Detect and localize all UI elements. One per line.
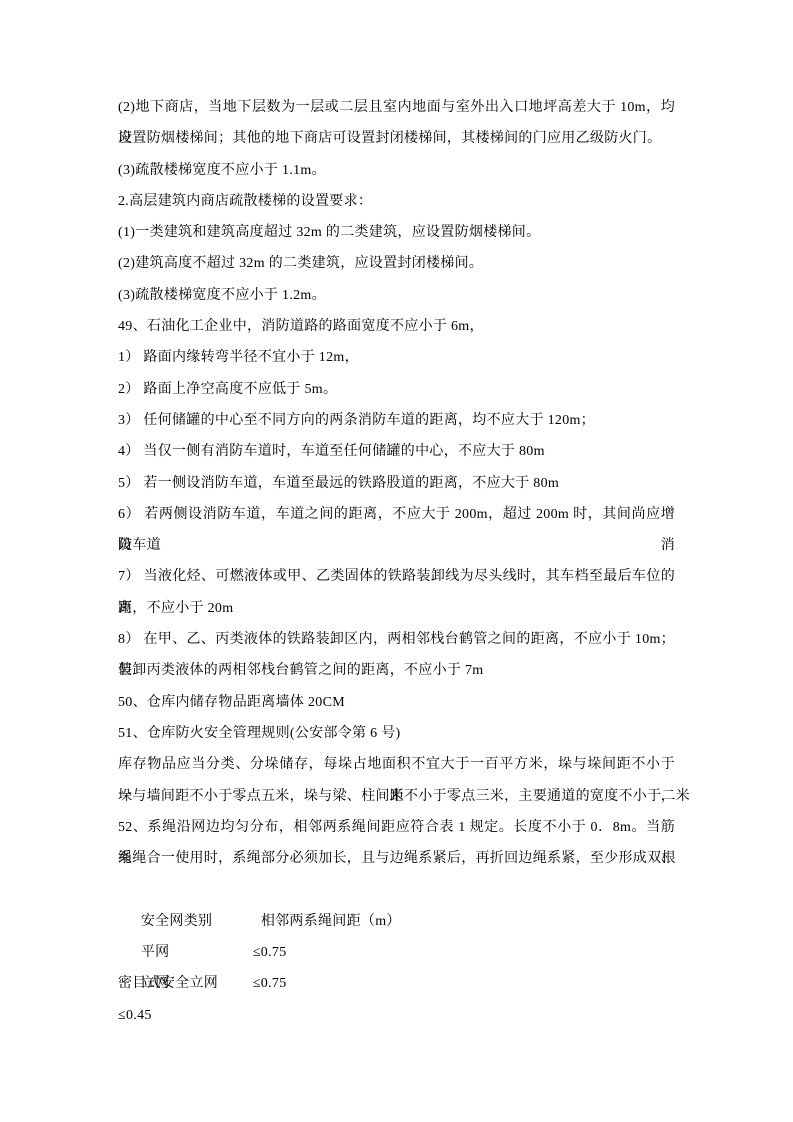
net-table-header-row: 安全网类别相邻两系绳间距（m） — [118, 874, 675, 905]
text-line: 系绳合一使用时，系绳部分必须加长，且与边绳系紧后，再折回边绳系紧，至少形成双根 — [118, 843, 675, 874]
text-line: (3)疏散楼梯宽度不应小于 1.1m。 — [118, 155, 675, 186]
text-line: 3） 任何储罐的中心至不同方向的两条消防车道的距离，均不应大于 120m； — [118, 405, 675, 436]
text-line: 垛与墙间距不小于零点五米，垛与梁、柱间距不小于零点三米，主要通道的宽度不小于二米 — [118, 781, 675, 812]
text-line: 库存物品应当分类、分垛储存，每垛占地面积不宜大于一百平方米，垛与垛间距不小于一米… — [118, 749, 675, 780]
text-line: 6） 若两侧设消防车道，车道之间的距离，不应大于 200m，超过 200m 时，… — [118, 499, 675, 530]
text-line: 8） 在甲、乙、丙类液体的铁路装卸区内，两相邻栈台鹤管之间的距离，不应小于 10… — [118, 624, 675, 655]
text-line: 5） 若一侧设消防车道，车道至最远的铁路股道的距离，不应大于 80m — [118, 468, 675, 499]
text-line: 2） 路面上净空高度不应低于 5m。 — [118, 374, 675, 405]
net-table-cell-value: ≤0.75 — [253, 976, 287, 991]
text-line: 离，不应小于 20m — [118, 593, 675, 624]
item-52-heading: 52、系绳沿网边均匀分布，相邻两系绳间距应符合表 1 规定。长度不小于 0．8m… — [118, 812, 675, 843]
text-line: 设置防烟楼梯间；其他的地下商店可设置封闭楼梯间，其楼梯间的门应用乙级防火门。 — [118, 123, 675, 154]
net-table-cell-category: 平网 — [141, 937, 253, 968]
text-line: (1)一类建筑和建筑高度超过 32m 的二类建筑，应设置防烟楼梯间。 — [118, 217, 675, 248]
item-49-heading: 49、石油化工企业中，消防道路的路面宽度不应小于 6m， — [118, 311, 675, 342]
text-line: 7） 当液化烃、可燃液体或甲、乙类固体的铁路装卸线为尽头线时，其车档至最后车位的… — [118, 561, 675, 592]
net-table-header-category: 安全网类别 — [141, 906, 261, 937]
text-line: 1） 路面内缘转弯半径不宜小于 12m， — [118, 342, 675, 373]
net-table-cell-value: ≤0.75 — [253, 945, 287, 960]
text-line: (2)地下商店，当地下层数为一层或二层且室内地面与室外出入口地坪高差大于 10m… — [118, 92, 675, 123]
net-table-row-dense-mesh-net: 密目式安全立网 — [118, 968, 675, 999]
text-line: (3)疏散楼梯宽度不应小于 1.2m。 — [118, 280, 675, 311]
text-line: 装卸丙类液体的两相邻栈台鹤管之间的距离，不应小于 7m — [118, 655, 675, 686]
item-50-heading: 50、仓库内储存物品距离墙体 20CM — [118, 687, 675, 718]
net-table-dense-mesh-value: ≤0.45 — [118, 1000, 675, 1031]
section-heading: 2.高层建筑内商店疏散楼梯的设置要求： — [118, 186, 675, 217]
net-table-header-spacing: 相邻两系绳间距（m） — [261, 914, 401, 929]
item-51-heading: 51、仓库防火安全管理规则(公安部令第 6 号) — [118, 718, 675, 749]
text-line: (2)建筑高度不超过 32m 的二类建筑，应设置封闭楼梯间。 — [118, 248, 675, 279]
document-page: (2)地下商店，当地下层数为一层或二层且室内地面与室外出入口地坪高差大于 10m… — [0, 0, 793, 1122]
document-content: (2)地下商店，当地下层数为一层或二层且室内地面与室外出入口地坪高差大于 10m… — [118, 92, 675, 1031]
text-line: 4） 当仅一侧有消防车道时，车道至任何储罐的中心，不应大于 80m — [118, 436, 675, 467]
